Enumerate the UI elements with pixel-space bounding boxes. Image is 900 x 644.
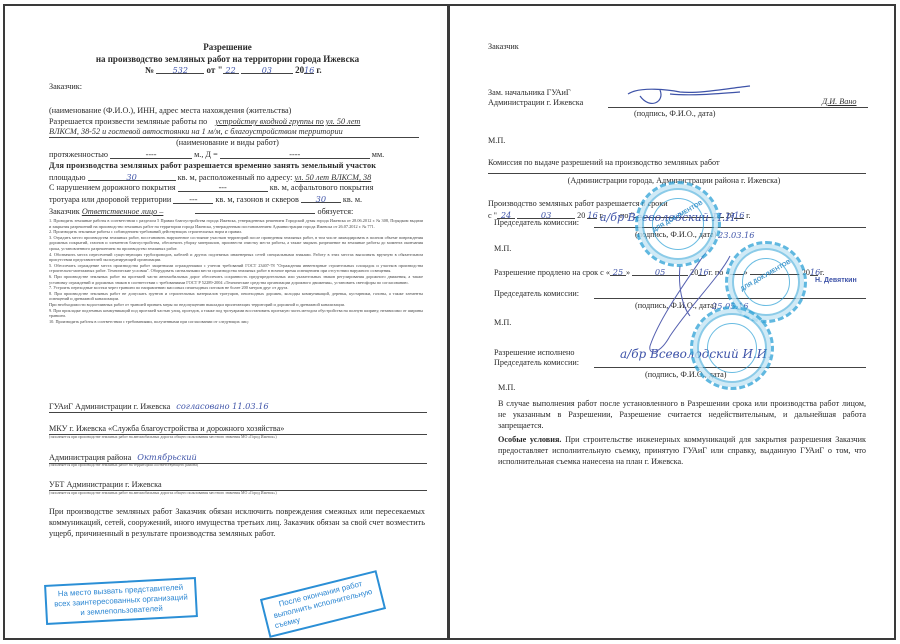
rules-list: 1. Проводить земляные работы в соответст… <box>49 218 423 324</box>
approval-label: Администрация района <box>49 453 131 462</box>
rect-stamp-invite-representatives: На место вызвать представителей всех заи… <box>44 577 198 625</box>
special-conditions: Особые условия. При строительстве инжене… <box>498 434 866 467</box>
document-subtitle: на производство земляных работ на террит… <box>5 54 448 65</box>
approval-value: Октябрьский <box>137 452 197 462</box>
works-value-2: ВЛКСМ, 38-52 и гостевой автостоянки на 1… <box>49 127 343 136</box>
chairman-label-1: Председатель комиссии: <box>494 218 579 228</box>
deputy-label-2: Администрации г. Ижевска <box>488 98 583 108</box>
terms-from-year: 16 <box>587 210 597 220</box>
rule-item: 10. Производить работы в соответствии с … <box>49 319 423 325</box>
length-value: ---- <box>146 150 157 159</box>
rule-item: 9. При прокладке подземных коммуникаций … <box>49 308 423 319</box>
rule-item: 5. Обеспечить ограждение места производс… <box>49 263 423 274</box>
length-line: протяженностью ---- м., Д = ---- мм. <box>49 150 421 160</box>
closed-label-1: Разрешение исполнено <box>494 348 575 358</box>
commission-label: Комиссия по выдаче разрешений на произво… <box>488 158 720 168</box>
date-suffix: г. <box>316 65 321 75</box>
mp-label: М.П. <box>494 244 511 254</box>
chairman-date-1: 23.03.16 <box>718 230 754 240</box>
chairman-label-2: Председатель комиссии: <box>494 289 579 299</box>
round-stamp-1: ДЛЯ ДОКУМЕНТОВ <box>635 181 721 267</box>
length-unit: м., Д = <box>194 150 218 159</box>
road-value: --- <box>219 183 227 192</box>
area-value: 30 <box>126 172 136 182</box>
permit-number: 532 <box>173 66 188 75</box>
diameter-value: ---- <box>289 150 300 159</box>
customer-label: Заказчик <box>488 42 519 52</box>
sidewalk-value: --- <box>189 195 197 204</box>
lawn-unit: кв. м. <box>343 195 362 204</box>
area-label: площадью <box>49 173 86 182</box>
mp-label: М.П. <box>494 318 511 328</box>
deputy-signature <box>620 84 760 119</box>
works-label: Разрешается произвести земляные работы п… <box>49 117 207 126</box>
area-line: площадью 30 кв. м, расположенный по адре… <box>49 172 371 183</box>
rule-item: 3. Оградить место производства земляных … <box>49 235 423 252</box>
date-year: 16 <box>304 66 314 75</box>
approval-caption: (заполняется при производстве земляных р… <box>49 491 277 496</box>
road-line: С нарушением дорожного покрытия --- кв. … <box>49 183 373 193</box>
works-value-1: устройству входной группы по ул. 50 лет <box>215 117 360 126</box>
date-year-prefix: 20 <box>295 65 304 75</box>
lawn-label: кв. м, газонов и скверов <box>215 195 298 204</box>
mp-label: М.П. <box>498 383 515 393</box>
length-label: протяженностью <box>49 150 108 159</box>
sidewalk-label: тротуара или дворовой территории <box>49 195 171 204</box>
works-line-1: Разрешается произвести земляные работы п… <box>49 117 360 127</box>
warning-text: В случае выполнения работ после установл… <box>498 398 866 431</box>
obligation-value: Ответственное лицо – <box>82 207 164 216</box>
date-day: 22 <box>226 66 236 75</box>
extended-label: Разрешение продлено на срок с « <box>494 268 610 277</box>
number-label: № <box>145 65 154 75</box>
approval-label: МКУ г. Ижевска «Служба благоустройства и… <box>49 424 284 433</box>
permit-page-back: Заказчик Зам. начальника ГУАиГ Администр… <box>448 4 896 640</box>
lawn-value: 30 <box>316 194 326 204</box>
approval-caption: (заполняется при производстве земляных р… <box>49 435 277 440</box>
commission-line <box>488 173 866 174</box>
date-month: 03 <box>262 66 272 75</box>
address-value: ул. 50 лет ВЛКСМ, 38 <box>295 173 372 182</box>
special-label: Особые условия. <box>498 435 561 444</box>
approval-label: ГУАиГ Администрации г. Ижевска <box>49 402 170 411</box>
approval-ubt: УБТ Администрации г. Ижевска <box>49 480 427 491</box>
rect-stamp-survey-after-works: После окончания работ выполнить исполнит… <box>260 570 386 638</box>
approval-value: согласовано 11.03.16 <box>176 401 268 411</box>
rule-item: 1. Проводить земляные работы в соответст… <box>49 218 423 229</box>
area-unit-address: кв. м, расположенный по адресу: <box>178 173 293 182</box>
approval-caption: (заполняется при производстве земляных р… <box>49 463 198 468</box>
road-unit: кв. м, асфальтового покрытия <box>270 183 374 192</box>
round-stamp-3 <box>690 306 774 390</box>
sidewalk-line: тротуара или дворовой территории --- кв.… <box>49 194 362 205</box>
date-from-label: от " <box>207 65 223 75</box>
permit-number-line: № 532 от "22 03 2016 г. <box>145 65 322 76</box>
document-title: Разрешение <box>5 42 448 53</box>
closed-label-2: Председатель комиссии: <box>494 358 579 368</box>
obligation-label: Заказчик <box>49 207 80 216</box>
works-caption: (наименование и виды работ) <box>5 138 448 148</box>
permit-page-front: Разрешение на производство земляных рабо… <box>3 4 448 640</box>
rule-item: 4. Обозначить места пересечений существу… <box>49 252 423 263</box>
rule-item: 8. При производстве земляных работ не до… <box>49 291 423 302</box>
year-suffix: г. <box>746 211 750 220</box>
temp-area-text: Для производства земляных работ разрешае… <box>49 161 376 171</box>
works-line-2: ВЛКСМ, 38-52 и гостевой автостоянки на 1… <box>49 127 419 138</box>
extended-name-stamp: Н. Девяткин <box>815 276 857 286</box>
customer-caption: (наименование (Ф.И.О.), ИНН, адрес места… <box>49 106 291 116</box>
obligation-line: Заказчик Ответственное лицо – обязуется: <box>49 205 353 217</box>
approval-label: УБТ Администрации г. Ижевска <box>49 480 162 489</box>
approval-mku: МКУ г. Ижевска «Служба благоустройства и… <box>49 424 427 435</box>
damage-text: При производстве земляных работ Заказчик… <box>49 506 425 539</box>
customer-label: Заказчик: <box>49 82 82 92</box>
rule-item: 6. При производстве земляных работ на пр… <box>49 274 423 285</box>
approval-guaig: ГУАиГ Администрации г. Ижевска согласова… <box>49 401 427 413</box>
mp-label: М.П. <box>488 136 505 146</box>
obligation-suffix: обязуется: <box>317 207 353 216</box>
deputy-label-1: Зам. начальника ГУАиГ <box>488 88 571 98</box>
road-label: С нарушением дорожного покрытия <box>49 183 176 192</box>
diameter-unit: мм. <box>372 150 384 159</box>
deputy-name: Д.И. Вано <box>822 97 857 107</box>
